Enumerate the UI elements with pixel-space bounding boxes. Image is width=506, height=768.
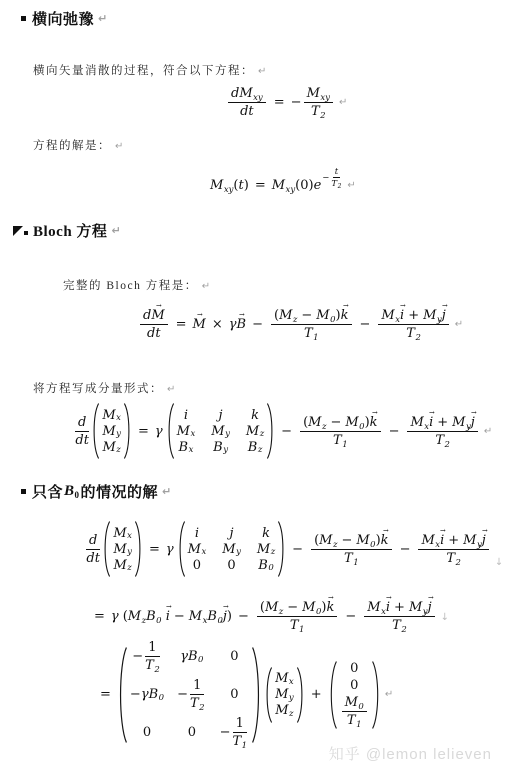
- vector-j: →j: [223, 609, 227, 624]
- matrix-3x3: ijk MxMyMz BxByBz: [166, 402, 276, 460]
- math-token: ×: [212, 317, 223, 332]
- paragraph-mark-icon: ↵: [339, 97, 347, 108]
- math-token: −: [252, 317, 263, 332]
- fraction: (Mz−M0)→k T1: [271, 308, 351, 341]
- math-token: =: [138, 424, 149, 439]
- fraction: d→M dt: [140, 308, 168, 341]
- paragraph-mark-icon: ↵: [455, 319, 463, 330]
- math-token: γ: [166, 542, 174, 557]
- equation-b0-linear-system: = −1T2 γB0 0 −γB0 −1T2 0 0 0 −1T1 Mx My …: [100, 640, 393, 749]
- equation-b0-expanded: = γ (MzB0 →i−MxB0→j) − (Mz−M0)→k T1 − Mx…: [94, 600, 449, 633]
- right-paren: [251, 646, 262, 744]
- vector-k: →k: [326, 600, 334, 615]
- para-intro-transverse: 横向矢量消散的过程，符合以下方程：↵: [33, 62, 266, 78]
- fraction: t T2: [331, 167, 341, 189]
- math-token: −: [292, 542, 303, 557]
- vector-k: →k: [370, 415, 378, 430]
- fraction: Mx→i+My→j T2: [407, 415, 477, 448]
- math-token: −: [281, 424, 292, 439]
- vector-j: →j: [442, 308, 446, 323]
- math-token: γ→B: [229, 317, 246, 332]
- math-token: =: [274, 95, 285, 110]
- vector-M: →M: [193, 317, 206, 332]
- math-token: =: [100, 687, 111, 702]
- math-token: γ: [111, 609, 119, 624]
- left-paren: [166, 402, 175, 460]
- fraction: (Mz−M0)→k T1: [300, 415, 380, 448]
- column-vector: Mx My Mz: [91, 402, 132, 460]
- square-bullet-icon: [21, 16, 26, 21]
- linebreak-mark-icon: ↓: [441, 612, 449, 623]
- fraction: Mx→i+My→j T2: [364, 600, 434, 633]
- para-full-bloch-intro: 完整的 Bloch 方程是：↵: [63, 277, 210, 293]
- fraction: d dt: [86, 533, 100, 566]
- matrix-3x3: −1T2 γB0 0 −γB0 −1T2 0 0 0 −1T1: [117, 640, 262, 749]
- paragraph-mark-icon: ↵: [202, 281, 210, 292]
- vector-i: →i: [440, 533, 444, 548]
- square-bullet-icon: [21, 489, 26, 494]
- fraction: d dt: [75, 415, 89, 448]
- paragraph-mark-icon: ↵: [484, 426, 492, 437]
- fraction: (Mz−M0)→k T1: [257, 600, 337, 633]
- right-paren: [123, 402, 132, 460]
- paragraph-mark-icon: ↵: [111, 224, 120, 237]
- vector-i: →i: [429, 415, 433, 430]
- math-token: =: [94, 609, 105, 624]
- vector-j: →j: [471, 415, 475, 430]
- right-paren: [371, 660, 381, 730]
- fraction: dMxy dt: [228, 86, 266, 119]
- vector-j: →j: [482, 533, 486, 548]
- math-token: Mxy(0)e: [272, 178, 322, 193]
- math-token: B0: [64, 483, 80, 500]
- left-paren: [91, 402, 100, 460]
- vector-j: →j: [428, 600, 432, 615]
- math-token: (MzB0 →i−MxB0→j): [123, 609, 232, 624]
- para-solution-intro: 方程的解是：↵: [33, 137, 123, 153]
- heading-transverse-relaxation: 横向弛豫 ↵: [21, 8, 107, 29]
- exponent: − t T2: [322, 167, 343, 189]
- fraction: (Mz−M0)→k T1: [311, 533, 391, 566]
- math-token: =: [255, 178, 266, 193]
- math-token: −: [389, 424, 400, 439]
- math-token: Mxy(t): [210, 178, 249, 193]
- fraction: Mx→i+My→j T2: [378, 308, 448, 341]
- matrix-3x3: ijk MxMyMz 00B0: [177, 520, 287, 578]
- math-token: −: [291, 95, 302, 110]
- para-component-form-intro: 将方程写成分量形式：↵: [33, 380, 175, 396]
- vector-M: →M: [151, 308, 164, 323]
- math-token: γ: [155, 424, 163, 439]
- left-paren: [177, 520, 186, 578]
- left-paren: [102, 520, 111, 578]
- paragraph-mark-icon: ↵: [115, 141, 123, 152]
- math-token: +: [311, 687, 322, 702]
- math-token: =: [176, 317, 187, 332]
- fraction: Mx→i+My→j T2: [418, 533, 488, 566]
- math-token: −: [238, 609, 249, 624]
- paragraph-mark-icon: ↵: [347, 180, 355, 191]
- paragraph-mark-icon: ↵: [98, 12, 107, 25]
- math-token: −: [400, 542, 411, 557]
- linebreak-mark-icon: ↓: [495, 557, 503, 568]
- heading-text: Bloch 方程: [33, 220, 107, 241]
- column-vector: 0 0 M0T1: [328, 660, 381, 730]
- watermark: 知乎 @lemon lelieven: [329, 743, 492, 764]
- vector-k: →k: [381, 533, 389, 548]
- column-vector: Mx My Mz: [264, 666, 305, 724]
- paragraph-mark-icon: ↵: [162, 485, 171, 498]
- paragraph-mark-icon: ↵: [167, 384, 175, 395]
- heading-bloch-equation: Bloch 方程 ↵: [13, 220, 121, 241]
- vector-i: →i: [400, 308, 404, 323]
- right-paren: [296, 666, 305, 724]
- equation-transverse-solution: Mxy(t) = Mxy(0)e − t T2 ↵: [210, 174, 356, 196]
- paragraph-mark-icon: ↵: [385, 689, 393, 700]
- right-paren: [134, 520, 143, 578]
- right-paren: [277, 520, 286, 578]
- math-token: =: [149, 542, 160, 557]
- vector-k: →k: [341, 308, 349, 323]
- fraction: Mxy T2: [304, 86, 333, 119]
- left-paren: [328, 660, 338, 730]
- math-token: −: [360, 317, 371, 332]
- right-paren: [266, 402, 275, 460]
- math-token: −: [345, 609, 356, 624]
- heading-b0-only-solution: 只含 B0 的情况的解 ↵: [21, 481, 171, 502]
- heading-text: 横向弛豫: [32, 8, 94, 29]
- paragraph-mark-icon: ↵: [258, 66, 266, 77]
- outline-triangle-icon: [13, 226, 28, 236]
- document-page: 横向弛豫 ↵ 横向矢量消散的过程，符合以下方程：↵ dMxy dt = − Mx…: [0, 0, 506, 768]
- column-vector: Mx My Mz: [102, 520, 143, 578]
- equation-bloch-component-matrix: d dt Mx My Mz = γ ijk MxMyMz BxByBz − (M…: [73, 402, 492, 460]
- vector-i: →i: [386, 600, 390, 615]
- equation-transverse-decay: dMxy dt = − Mxy T2 ↵: [226, 86, 347, 119]
- vector-i: →i: [166, 609, 170, 624]
- equation-bloch-vector: d→M dt = →M × γ→B − (Mz−M0)→k T1 − Mx→i+…: [138, 308, 463, 341]
- equation-b0-matrix: d dt Mx My Mz = γ ijk MxMyMz 00B0 − (Mz−…: [84, 520, 503, 578]
- left-paren: [264, 666, 273, 724]
- left-paren: [117, 646, 128, 744]
